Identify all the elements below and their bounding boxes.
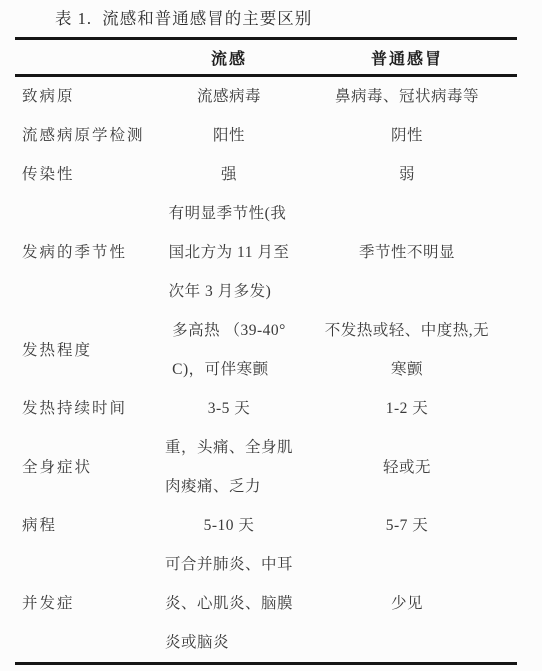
row-label: 发病的季节性 [15, 194, 145, 311]
document-page: 表 1. 流感和普通感冒的主要区别 流感 普通感冒 致病原 流感病毒 鼻病毒、冠… [0, 0, 542, 671]
row-label: 流感病原学检测 [15, 116, 145, 155]
table-row: 致病原 流感病毒 鼻病毒、冠状病毒等 [15, 76, 517, 117]
flu-vs-cold-table: 流感 普通感冒 致病原 流感病毒 鼻病毒、冠状病毒等 流感病原学检测 阳性 阴性… [15, 37, 517, 665]
row-label: 传染性 [15, 155, 145, 194]
flu-value: 流感病毒 [145, 76, 313, 117]
cold-value: 轻或无 [313, 428, 517, 506]
cold-value: 5-7 天 [313, 506, 517, 545]
flu-value: 3-5 天 [145, 389, 313, 428]
table-row: 发热程度 多高热 （39-40° C)，可伴寒颤 不发热或轻、中度热,无 寒颤 [15, 311, 517, 389]
row-label: 病程 [15, 506, 145, 545]
table-row: 传染性 强 弱 [15, 155, 517, 194]
cold-value: 鼻病毒、冠状病毒等 [313, 76, 517, 117]
flu-multiline-text: 多高热 （39-40° C)，可伴寒颤 [172, 311, 286, 389]
row-label: 致病原 [15, 76, 145, 117]
table-row: 流感病原学检测 阳性 阴性 [15, 116, 517, 155]
table-row: 并发症 可合并肺炎、中耳 炎、心肌炎、脑膜 炎或脑炎 少见 [15, 545, 517, 664]
cold-value: 弱 [313, 155, 517, 194]
table-caption: 表 1. 流感和普通感冒的主要区别 [55, 0, 542, 31]
flu-value: 5-10 天 [145, 506, 313, 545]
flu-value: 阳性 [145, 116, 313, 155]
cold-value: 1-2 天 [313, 389, 517, 428]
flu-multiline-text: 重，头痛、全身肌 肉痠痛、乏力 [165, 428, 293, 506]
flu-value: 有明显季节性(我 国北方为 11 月至 次年 3 月多发) [145, 194, 313, 311]
flu-multiline-text: 有明显季节性(我 国北方为 11 月至 次年 3 月多发) [169, 194, 290, 311]
header-cold: 普通感冒 [313, 39, 517, 76]
table-row: 发热持续时间 3-5 天 1-2 天 [15, 389, 517, 428]
flu-value: 重，头痛、全身肌 肉痠痛、乏力 [145, 428, 313, 506]
table-row: 全身症状 重，头痛、全身肌 肉痠痛、乏力 轻或无 [15, 428, 517, 506]
header-empty [15, 39, 145, 76]
row-label: 发热程度 [15, 311, 145, 389]
header-flu: 流感 [145, 39, 313, 76]
flu-value: 强 [145, 155, 313, 194]
header-row: 流感 普通感冒 [15, 39, 517, 76]
flu-value: 可合并肺炎、中耳 炎、心肌炎、脑膜 炎或脑炎 [145, 545, 313, 664]
row-label: 全身症状 [15, 428, 145, 506]
flu-value: 多高热 （39-40° C)，可伴寒颤 [145, 311, 313, 389]
table-row: 病程 5-10 天 5-7 天 [15, 506, 517, 545]
cold-value: 不发热或轻、中度热,无 寒颤 [313, 311, 517, 389]
row-label: 发热持续时间 [15, 389, 145, 428]
table-row: 发病的季节性 有明显季节性(我 国北方为 11 月至 次年 3 月多发) 季节性… [15, 194, 517, 311]
cold-value: 季节性不明显 [313, 194, 517, 311]
flu-multiline-text: 可合并肺炎、中耳 炎、心肌炎、脑膜 炎或脑炎 [165, 545, 293, 662]
row-label: 并发症 [15, 545, 145, 664]
cold-value: 少见 [313, 545, 517, 664]
cold-value: 阴性 [313, 116, 517, 155]
